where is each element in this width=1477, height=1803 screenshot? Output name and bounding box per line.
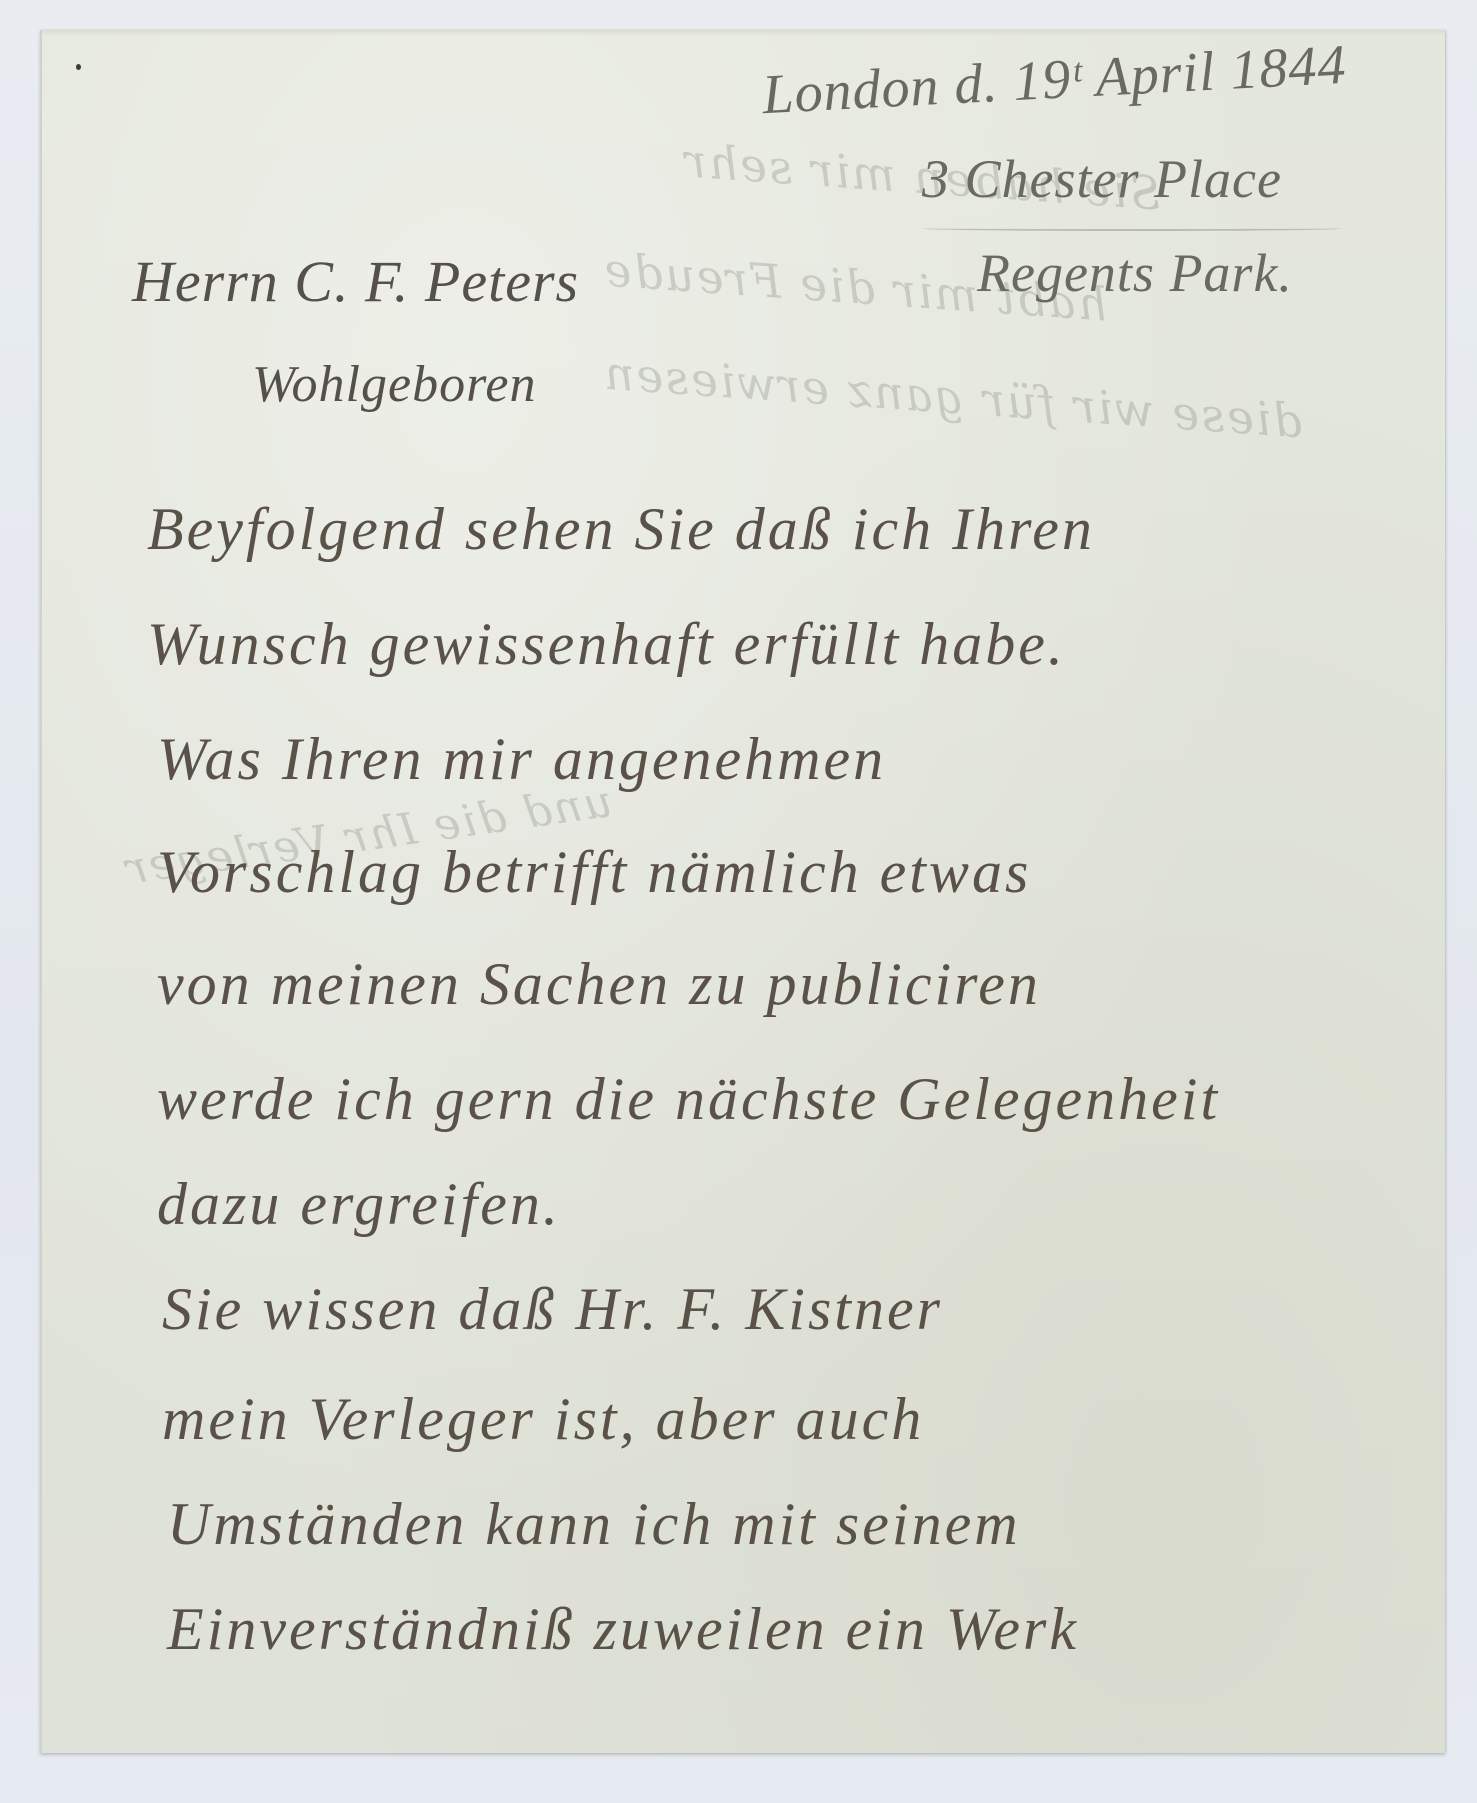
- letter-body-line: Beyfolgend sehen Sie daß ich Ihren: [147, 495, 1095, 564]
- recipient-honorific: Wohlgeboren: [252, 355, 536, 414]
- letter-body-line: Was Ihren mir angenehmen: [157, 725, 886, 794]
- letter-body-line: Einverständniß zuweilen ein Werk: [167, 1595, 1079, 1664]
- letter-body-line: Wunsch gewissenhaft erfüllt habe.: [147, 610, 1066, 679]
- place-date: London d. 19ᵗ April 1844: [761, 33, 1348, 128]
- letter-body-line: von meinen Sachen zu publiciren: [157, 950, 1041, 1019]
- address-line-1: 3 Chester Place: [922, 148, 1282, 210]
- letter-body-line: mein Verleger ist, aber auch: [162, 1385, 924, 1454]
- letter-body-line: Sie wissen daß Hr. F. Kistner: [162, 1275, 943, 1344]
- address-line-2: Regents Park.: [977, 242, 1293, 304]
- recipient-name: Herrn C. F. Peters: [132, 248, 579, 315]
- letter-body-line: Umständen kann ich mit seinem: [167, 1490, 1021, 1559]
- letter-sheet: Sie haben mir sehr habt mir die Freude d…: [40, 30, 1445, 1753]
- letter-body-line: dazu ergreifen.: [157, 1170, 561, 1239]
- letter-body-line: werde ich gern die nächste Gelegenheit: [157, 1065, 1220, 1134]
- address-underline: [922, 226, 1342, 231]
- letter-body-line: Vorschlag betrifft nämlich etwas: [157, 838, 1031, 907]
- bleed-through-line: diese wir für ganz erwiesen: [601, 346, 1304, 449]
- ink-speck: [76, 64, 81, 70]
- sheet-top-edge: [42, 30, 1445, 36]
